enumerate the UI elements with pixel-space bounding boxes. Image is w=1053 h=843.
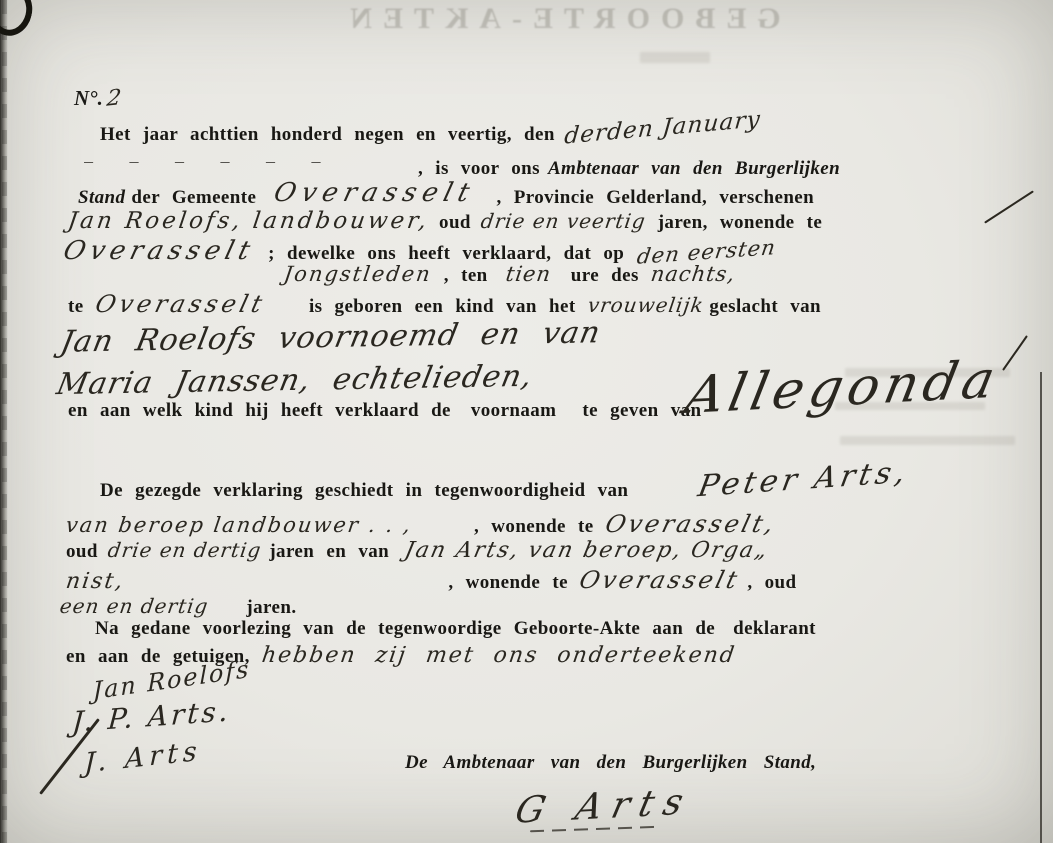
line-year-and-date: Het jaar achttien honderd negen en veert… bbox=[100, 120, 759, 146]
ink-mark-top-left bbox=[0, 0, 37, 40]
printed-text: en aan welk kind hij heeft verklaard de bbox=[68, 400, 451, 421]
line-closing-1: Na gedane voorlezing van de tegenwoordig… bbox=[95, 618, 816, 640]
stray-ink-stroke bbox=[984, 190, 1034, 223]
printed-text: , Provincie Gelderland, verschenen bbox=[496, 187, 814, 208]
paper-edge-left-texture bbox=[2, 0, 7, 843]
official-title: De Ambtenaar van den Burgerlijken Stand, bbox=[405, 752, 816, 774]
line-witness2-age: een en dertig jaren. bbox=[60, 594, 297, 619]
printed-text: deklarant bbox=[733, 618, 816, 639]
line-mother: Maria Janssen, echtelieden, bbox=[58, 363, 532, 398]
printed-text: , oud bbox=[747, 572, 796, 593]
printed-text: jaren en van bbox=[269, 541, 389, 562]
line-witness2-residence: nist, , wonende te Overasselt , oud bbox=[66, 566, 796, 594]
handwritten-month: Jongstleden bbox=[282, 262, 433, 286]
line-witness1-age: oud drie en dertig jaren en van Jan Arts… bbox=[66, 538, 769, 563]
handwritten-witness1-residence: Overasselt, bbox=[602, 510, 779, 538]
handwritten-witness1-occupation: van beroep landbouwer . . , bbox=[64, 513, 413, 537]
child-name: Allegonda bbox=[688, 358, 997, 418]
handwritten-residence: Overasselt bbox=[60, 236, 258, 266]
handwritten-official-signature: G Arts bbox=[511, 781, 697, 832]
line-first-name-declaration: en aan welk kind hij heeft verklaard de … bbox=[68, 400, 701, 422]
line-birthplace-gender: te Overasselt is geboren een kind van he… bbox=[68, 290, 821, 318]
printed-text: , ten bbox=[444, 265, 488, 286]
printed-text: jaren, wonende te bbox=[658, 212, 823, 233]
handwritten-signature: J. Arts bbox=[84, 736, 202, 780]
printed-text: , wonende te bbox=[474, 516, 594, 537]
printed-text: De gezegde verklaring geschiedt in tegen… bbox=[100, 480, 628, 501]
line-father: Jan Roelofs voornoemd en van bbox=[62, 320, 599, 355]
printed-text: , is voor ons bbox=[418, 158, 540, 179]
line-official-intro: – – – – – – , is voor ons Ambtenaar van … bbox=[84, 151, 840, 180]
printed-official-title: De Ambtenaar van den Burgerlijken Stand, bbox=[405, 752, 816, 773]
printed-text: te bbox=[68, 296, 84, 317]
handwritten-gemeente: Overasselt bbox=[271, 178, 479, 208]
signature-official: G Arts bbox=[515, 781, 693, 831]
paper-fold-line-right bbox=[1040, 372, 1042, 843]
bleedthrough-mirrored-title: GEBOORTE-AKTEN bbox=[270, 2, 850, 36]
stray-ink-stroke bbox=[1002, 335, 1028, 371]
handwritten-witness2-residence: Overasselt bbox=[576, 566, 742, 594]
handwritten-declarant-name: Jan Roelofs, landbouwer, bbox=[66, 208, 431, 234]
printed-text: oud bbox=[439, 212, 471, 233]
scanned-birth-certificate: GEBOORTE-AKTEN N°.2 Het jaar achttien ho… bbox=[0, 0, 1053, 843]
handwritten-birthplace: Overasselt bbox=[92, 290, 268, 318]
bleedthrough-smudge bbox=[640, 52, 710, 63]
printed-year-text: Het jaar achttien honderd negen en veert… bbox=[100, 124, 555, 145]
printed-text: ; dewelke ons heeft verklaard, dat op bbox=[268, 243, 624, 264]
handwritten-gender: vrouwelijk bbox=[586, 293, 705, 317]
handwritten-declarant-age: drie en veertig bbox=[479, 209, 647, 233]
line-closing-2: en aan de getuigen, hebben zij met ons o… bbox=[66, 643, 736, 668]
handwritten-witness1-age: drie en dertig bbox=[106, 538, 263, 562]
witness1-name: Peter Arts, bbox=[700, 462, 907, 497]
printed-text: voornaam bbox=[471, 400, 557, 421]
printed-text: jaren. bbox=[246, 597, 296, 618]
printed-italic-text: Ambtenaar van den Burgerlijken bbox=[548, 158, 840, 179]
printed-text: geslacht van bbox=[709, 296, 821, 317]
handwritten-witness2-name: Jan Arts, van beroep, Orga„ bbox=[402, 538, 771, 563]
handwritten-father-name: Jan Roelofs voornoemd en van bbox=[58, 315, 604, 359]
line-gemeente: Stand der Gemeente Overasselt , Provinci… bbox=[78, 180, 814, 210]
line-witnesses-intro: De gezegde verklaring geschiedt in tegen… bbox=[100, 480, 628, 502]
handwritten-child-name: Allegonda bbox=[680, 350, 1004, 426]
handwritten-witness1-name: Peter Arts, bbox=[695, 455, 912, 504]
act-number-value: 2 bbox=[105, 85, 123, 111]
printed-italic-text: Stand bbox=[78, 187, 125, 208]
handwritten-witness2-age: een en dertig bbox=[58, 594, 210, 618]
printed-text: is geboren een kind van het bbox=[309, 296, 576, 317]
line-declarant: Jan Roelofs, landbouwer, oud drie en vee… bbox=[68, 208, 822, 234]
printed-text: Na gedane voorlezing van de tegenwoordig… bbox=[95, 618, 715, 639]
act-number: N°.2 bbox=[74, 86, 122, 111]
handwritten-time-of-day: nachts, bbox=[649, 262, 737, 286]
printed-text: der Gemeente bbox=[131, 187, 256, 208]
act-number-label: N°. bbox=[74, 86, 103, 110]
handwritten-mother-name: Maria Janssen, echtelieden, bbox=[54, 359, 536, 402]
bleedthrough-smudge bbox=[840, 436, 1015, 445]
handwritten-witness2-occupation-cont: nist, bbox=[64, 569, 126, 594]
line-witness1-occupation: van beroep landbouwer . . , , wonende te… bbox=[66, 510, 776, 538]
handwritten-closing: hebben zij met ons onderteekend bbox=[260, 643, 737, 668]
signature-witness2: J. Arts bbox=[83, 736, 204, 779]
handwritten-hour: tien bbox=[504, 262, 552, 286]
printed-text: ure des bbox=[571, 265, 639, 286]
handwritten-date: derden January bbox=[563, 107, 762, 150]
printed-text: oud bbox=[66, 541, 98, 562]
handwritten-dashes: – – – – – – bbox=[84, 151, 414, 172]
line-birth-time: Jongstleden , ten tien ure des nachts, bbox=[284, 262, 735, 287]
printed-text: , wonende te bbox=[448, 572, 568, 593]
